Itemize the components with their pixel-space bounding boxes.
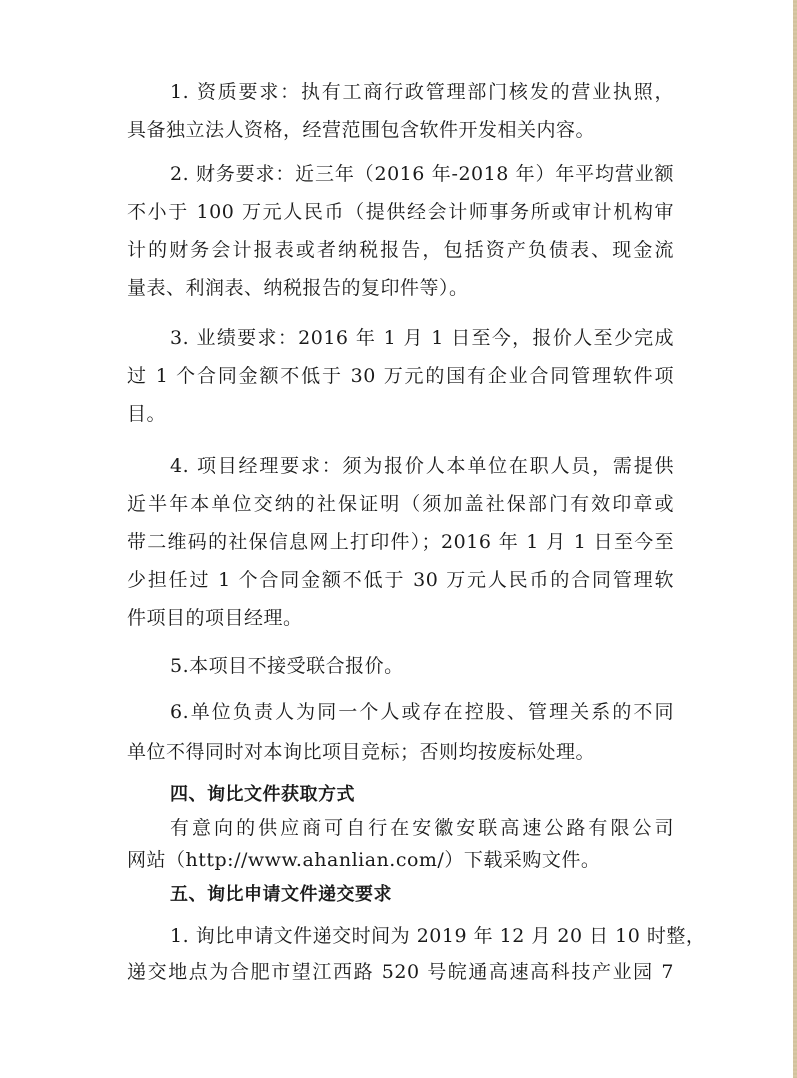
section-5-heading: 五、询比申请文件递交要求 [170, 883, 392, 907]
req-1-line-1: 1. 资质要求：执有工商行政管理部门核发的营业执照， [170, 80, 674, 104]
req-4-line-5: 件项目的项目经理。 [127, 606, 674, 630]
req-4-line-3: 带二维码的社保信息网上打印件）；2016 年 1 月 1 日至今至 [127, 530, 674, 554]
section-4-line-2: 网站（http://www.ahanlian.com/）下载采购文件。 [127, 848, 674, 872]
req-4-line-2: 近半年本单位交纳的社保证明（须加盖社保部门有效印章或 [127, 492, 674, 516]
req-5-line-1: 5.本项目不接受联合报价。 [170, 654, 674, 678]
document-page: 1. 资质要求：执有工商行政管理部门核发的营业执照， 具备独立法人资格，经营范围… [0, 0, 793, 1078]
req-4-line-1: 4. 项目经理要求：须为报价人本单位在职人员，需提供 [170, 454, 674, 478]
req-2-line-4: 量表、利润表、纳税报告的复印件等）。 [127, 276, 674, 300]
section-5-line-2: 递交地点为合肥市望江西路 520 号皖通高速高科技产业园 7 [127, 960, 674, 984]
req-1-line-2: 具备独立法人资格，经营范围包含软件开发相关内容。 [127, 118, 674, 142]
page-edge-strip [793, 0, 797, 1078]
section-5-line-1: 1. 询比申请文件递交时间为 2019 年 12 月 20 日 10 时整， [170, 924, 674, 948]
section-4-line-1: 有意向的供应商可自行在安徽安联高速公路有限公司 [170, 816, 674, 840]
req-2-line-1: 2. 财务要求：近三年（2016 年-2018 年）年平均营业额 [170, 162, 674, 186]
req-3-line-2: 过 1 个合同金额不低于 30 万元的国有企业合同管理软件项 [127, 364, 674, 388]
req-2-line-3: 计的财务会计报表或者纳税报告，包括资产负债表、现金流 [127, 238, 674, 262]
req-2-line-2: 不小于 100 万元人民币（提供经会计师事务所或审计机构审 [127, 200, 674, 224]
req-6-line-2: 单位不得同时对本询比项目竞标；否则均按废标处理。 [127, 740, 674, 764]
req-3-line-1: 3. 业绩要求：2016 年 1 月 1 日至今，报价人至少完成 [170, 326, 674, 350]
req-3-line-3: 目。 [127, 402, 674, 426]
req-6-line-1: 6.单位负责人为同一个人或存在控股、管理关系的不同 [170, 700, 674, 724]
req-4-line-4: 少担任过 1 个合同金额不低于 30 万元人民币的合同管理软 [127, 568, 674, 592]
section-4-heading: 四、询比文件获取方式 [170, 783, 355, 807]
